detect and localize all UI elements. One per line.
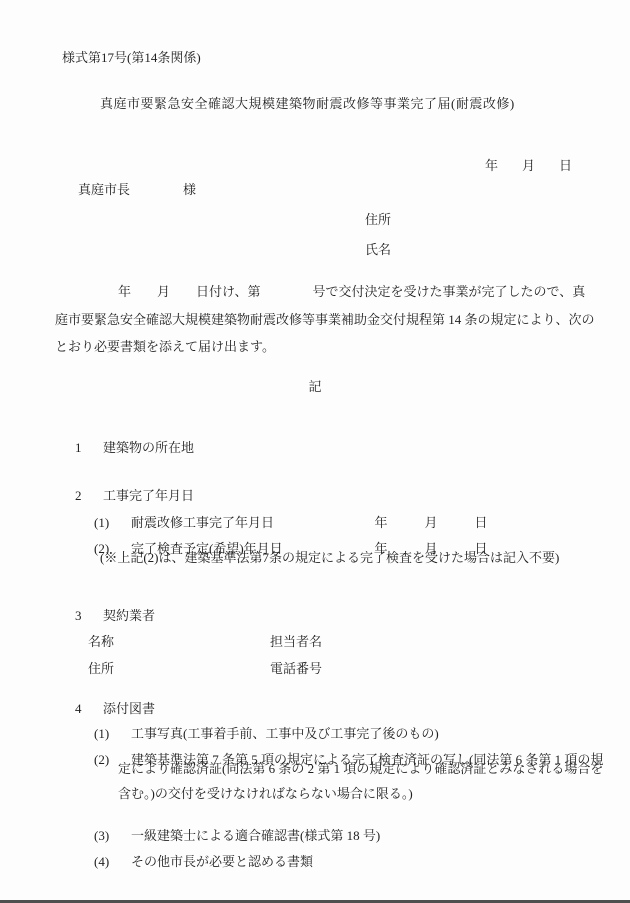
day-label: 日: [559, 158, 572, 173]
honorific: 様: [183, 182, 196, 197]
phone-number-label: 電話番号: [270, 661, 322, 676]
year-label: 年: [485, 158, 498, 173]
section-4-item-2-continued: 定により確認済証(同法第 6 条の 2 第 1 項の規定により確認済証とみなされ…: [118, 761, 603, 777]
document-page: 様式第17号(第14条関係) 真庭市要緊急安全確認大規模建築物耐震改修等事業完了…: [0, 0, 630, 903]
section-1-heading: 1建築物の所在地: [62, 424, 194, 472]
body-line-3: とおり必要書類を添えて届け出ます。: [55, 339, 275, 355]
item-number: (4): [94, 854, 131, 870]
section-1-title: 建築物の所在地: [103, 440, 194, 455]
contractor-address-label: 住所: [88, 661, 270, 677]
addressee-name: 真庭市長: [78, 182, 130, 197]
section-4-item-2-continued: 含む。)の交付を受けなければならない場合に限る。): [118, 786, 413, 802]
form-number: 様式第17号(第14条関係): [62, 50, 201, 66]
section-2-note: (※上記(2)は、建築基準法第7条の規定による完了検査を受けた場合は記入不要): [100, 550, 559, 566]
document-title: 真庭市要緊急安全確認大規模建築物耐震改修等事業完了届(耐震改修): [100, 96, 515, 112]
applicant-address-label: 住所: [365, 212, 391, 228]
month-label: 月: [522, 158, 535, 173]
date-line: 年月日: [472, 142, 572, 190]
addressee-line: 真庭市長様: [65, 166, 196, 214]
ki-heading: 記: [0, 379, 630, 395]
item-text: その他市長が必要と認める書類: [131, 854, 313, 869]
body-line-1: 年 月 日付け、第 号で交付決定を受けた事業が完了したので、真: [55, 284, 585, 300]
section-4-item-4: (4)その他市長が必要と認める書類: [81, 838, 313, 886]
body-line-2: 庭市要緊急安全確認大規模建築物耐震改修等事業補助金交付規程第 14 条の規定によ…: [55, 312, 595, 328]
section-1-number: 1: [75, 440, 103, 456]
applicant-name-label: 氏名: [365, 242, 391, 258]
